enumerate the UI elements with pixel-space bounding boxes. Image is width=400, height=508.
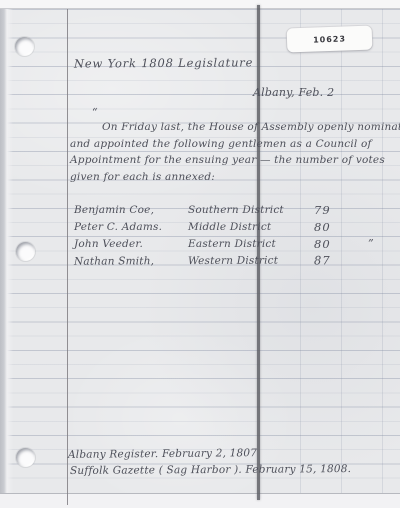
council-member-district: Eastern District — [188, 238, 276, 251]
page-left-edge-shadow — [0, 0, 14, 508]
punch-hole-top — [15, 37, 34, 56]
council-member-name: Peter C. Adams. — [74, 221, 162, 234]
council-member-district: Middle District — [188, 221, 271, 234]
council-member-votes: 79 — [314, 204, 331, 218]
council-member-votes: 80 — [314, 238, 331, 252]
catalog-sticker: 10623 — [287, 26, 373, 53]
council-row: Nathan Smith, Western District 87 — [0, 254, 400, 272]
council-row: Benjamin Coe, Southern District 79 — [0, 204, 400, 220]
body-line: On Friday last, the House of Assembly op… — [102, 121, 400, 134]
council-row: Peter C. Adams. Middle District 80 — [0, 221, 400, 237]
council-member-votes: 87 — [314, 254, 331, 268]
page-top-edge — [0, 0, 400, 9]
body-line: and appointed the following gentlemen as… — [70, 138, 372, 151]
opening-quote-mark: “ — [92, 106, 98, 119]
council-member-votes: 80 — [314, 221, 331, 235]
catalog-number: 10623 — [313, 34, 346, 44]
page-bottom-edge — [0, 493, 400, 508]
council-member-name: Benjamin Coe, — [74, 204, 154, 217]
punch-hole-bottom — [16, 448, 35, 467]
dateline: Albany, Feb. 2 — [253, 86, 334, 99]
council-member-name: Nathan Smith, — [74, 255, 154, 268]
citation-source: Suffolk Gazette ( Sag Harbor ). February… — [70, 463, 351, 478]
council-member-district: Western District — [188, 255, 278, 268]
body-line: Appointment for the ensuing year — the n… — [70, 154, 385, 167]
council-member-name: John Veeder. — [74, 238, 143, 251]
closing-quote-mark: ” — [368, 237, 374, 250]
body-line: given for each is annexed: — [70, 171, 215, 184]
council-row: John Veeder. Eastern District 80 — [0, 238, 400, 254]
page-title: New York 1808 Legislature — [74, 56, 253, 71]
council-member-district: Southern District — [188, 204, 284, 217]
scanned-document-page: 10623 New York 1808 Legislature Albany, … — [0, 0, 400, 508]
citation-source: Albany Register. February 2, 1807 — [68, 447, 257, 461]
